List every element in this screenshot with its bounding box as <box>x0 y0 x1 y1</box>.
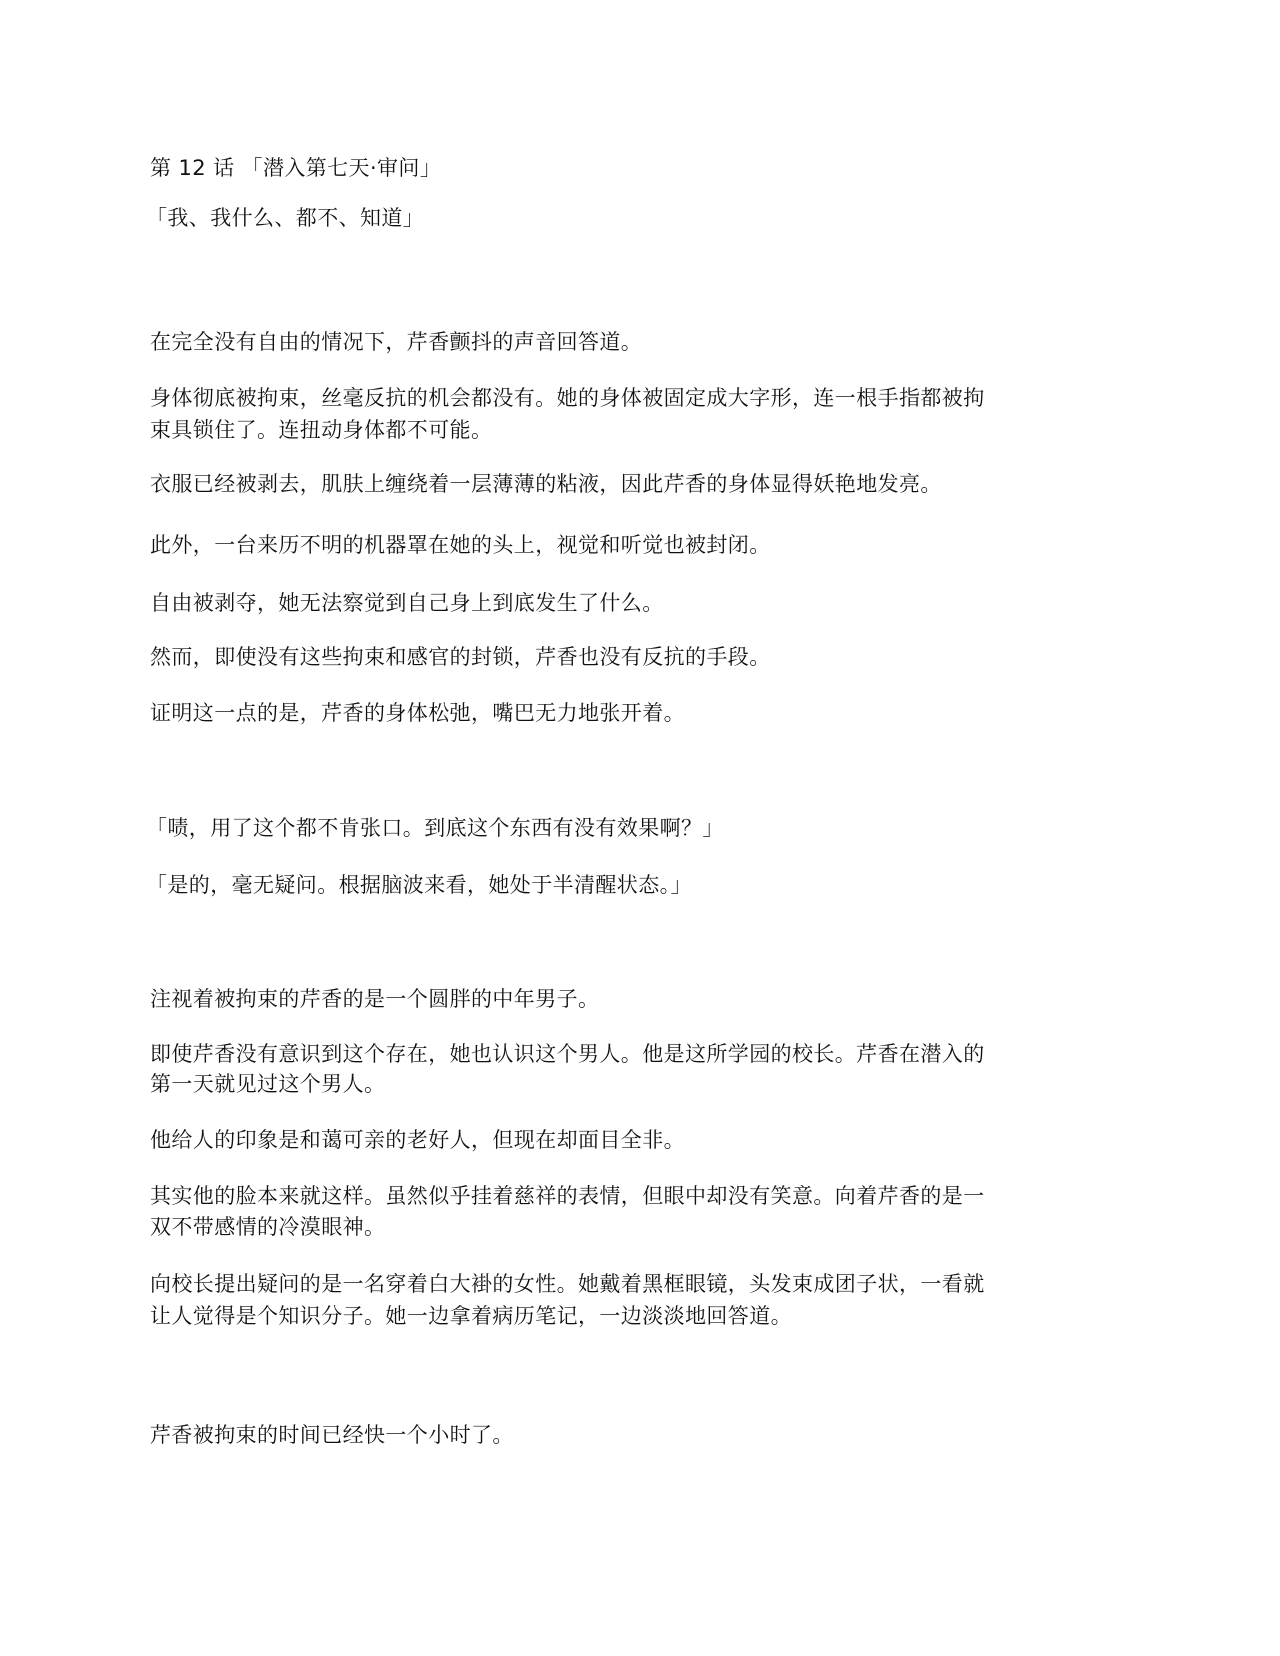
dialogue-line: 「啧，用了这个都不肯张口。到底这个东西有没有效果啊？」 <box>146 812 724 844</box>
paragraph-line: 向校长提出疑问的是一名穿着白大褂的女性。她戴着黑框眼镜，头发束成团子状，一看就 <box>150 1268 985 1300</box>
paragraph-line: 然而，即使没有这些拘束和感官的封锁，芹香也没有反抗的手段。 <box>150 641 771 673</box>
paragraph-line: 双不带感情的冷漠眼神。 <box>150 1211 385 1243</box>
paragraph-line: 束具锁住了。连扭动身体都不可能。 <box>150 414 492 446</box>
paragraph-line: 即使芹香没有意识到这个存在，她也认识这个男人。他是这所学园的校长。芹香在潜入的 <box>150 1038 985 1070</box>
paragraph-line: 自由被剥夺，她无法察觉到自己身上到底发生了什么。 <box>150 587 664 619</box>
paragraph-line: 芹香被拘束的时间已经快一个小时了。 <box>150 1419 514 1451</box>
dialogue-line: 「我、我什么、都不、知道」 <box>146 202 424 234</box>
paragraph-line: 证明这一点的是，芹香的身体松弛，嘴巴无力地张开着。 <box>150 697 685 729</box>
paragraph-line: 衣服已经被剥去，肌肤上缠绕着一层薄薄的粘液，因此芹香的身体显得妖艳地发亮。 <box>150 468 942 500</box>
dialogue-line: 「是的，毫无疑问。根据脑波来看，她处于半清醒状态。」 <box>146 869 692 901</box>
paragraph-line: 身体彻底被拘束，丝毫反抗的机会都没有。她的身体被固定成大字形，连一根手指都被拘 <box>150 382 985 414</box>
paragraph-line: 其实他的脸本来就这样。虽然似乎挂着慈祥的表情，但眼中却没有笑意。向着芹香的是一 <box>150 1180 985 1212</box>
paragraph-line: 让人觉得是个知识分子。她一边拿着病历笔记，一边淡淡地回答道。 <box>150 1300 792 1332</box>
paragraph-line: 他给人的印象是和蔼可亲的老好人，但现在却面目全非。 <box>150 1124 685 1156</box>
chapter-title: 第 12 话 「潜入第七天·审问」 <box>150 152 441 184</box>
paragraph-line: 此外，一台来历不明的机器罩在她的头上，视觉和听觉也被封闭。 <box>150 529 771 561</box>
paragraph-line: 注视着被拘束的芹香的是一个圆胖的中年男子。 <box>150 983 599 1015</box>
paragraph-line: 第一天就见过这个男人。 <box>150 1068 385 1100</box>
paragraph-line: 在完全没有自由的情况下，芹香颤抖的声音回答道。 <box>150 326 642 358</box>
document-page: 第 12 话 「潜入第七天·审问」 「我、我什么、都不、知道」 在完全没有自由的… <box>0 0 1280 1656</box>
